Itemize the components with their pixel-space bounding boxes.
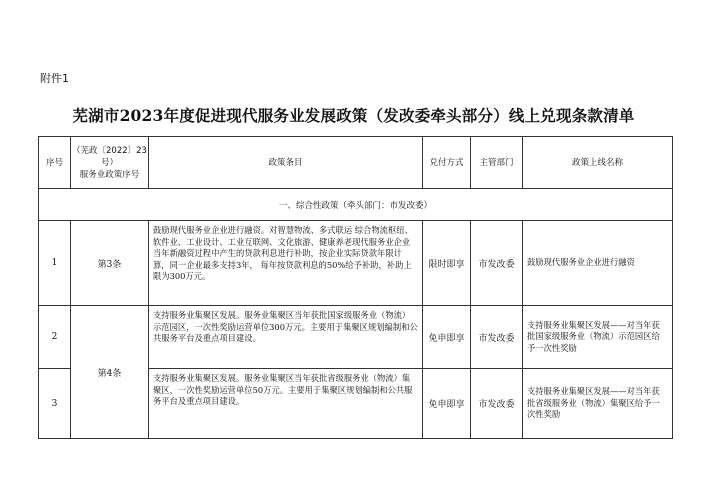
row-online-name: 支持服务业集聚区发展——对当年获批省级服务业（物流）集聚区给予一次性奖励 — [523, 369, 673, 439]
row-item: 支持服务业集聚区发展。服务业集聚区当年获批国家级服务业（物流）示范园区，一次性奖… — [149, 306, 423, 369]
attachment-label: 附件1 — [40, 70, 69, 86]
row-dept: 市发改委 — [471, 369, 523, 439]
table-row: 1 第3条 鼓励现代服务业企业进行融资。对智慧物流、多式联运 综合物流枢纽、软件… — [39, 221, 673, 306]
header-policy-no-line1: （芜政〔2022〕23号） — [71, 145, 148, 169]
row-online-name: 支持服务业集聚区发展——对当年获批国家级服务业（物流）示范园区给予一次性奖励 — [523, 306, 673, 369]
header-dept: 主管部门 — [471, 137, 523, 189]
row-online-name: 鼓励现代服务业企业进行融资 — [523, 221, 673, 306]
header-seq: 序号 — [39, 137, 71, 189]
document-title: 芜湖市2023年度促进现代服务业发展政策（发改委牵头部分）线上兑现条款清单 — [0, 104, 707, 126]
row-policy-no: 第3条 — [71, 221, 149, 306]
row-policy-no: 第4条 — [71, 306, 149, 439]
section-row: 一、综合性政策（牵头部门：市发改委） — [39, 189, 673, 221]
row-item: 鼓励现代服务业企业进行融资。对智慧物流、多式联运 综合物流枢纽、软件业、工业设计… — [149, 221, 423, 306]
row-dept: 市发改委 — [471, 306, 523, 369]
row-payment: 免申即享 — [423, 369, 471, 439]
row-seq: 3 — [39, 369, 71, 439]
policy-table: 序号 （芜政〔2022〕23号） 服务业政策序号 政策条目 兑付方式 主管部门 … — [38, 136, 673, 439]
row-item: 支持服务业集聚区发展。服务业集聚区当年获批省级服务业（物流）集聚区，一次性奖励运… — [149, 369, 423, 439]
header-policy-no-line2: 服务业政策序号 — [71, 169, 148, 181]
header-policy-no: （芜政〔2022〕23号） 服务业政策序号 — [71, 137, 149, 189]
header-online-name: 政策上线名称 — [523, 137, 673, 189]
row-payment: 限时即享 — [423, 221, 471, 306]
header-payment: 兑付方式 — [423, 137, 471, 189]
row-payment: 免申即享 — [423, 306, 471, 369]
row-dept: 市发改委 — [471, 221, 523, 306]
header-item: 政策条目 — [149, 137, 423, 189]
table-row: 2 第4条 支持服务业集聚区发展。服务业集聚区当年获批国家级服务业（物流）示范园… — [39, 306, 673, 369]
table-header-row: 序号 （芜政〔2022〕23号） 服务业政策序号 政策条目 兑付方式 主管部门 … — [39, 137, 673, 189]
row-seq: 2 — [39, 306, 71, 369]
row-seq: 1 — [39, 221, 71, 306]
section-title: 一、综合性政策（牵头部门：市发改委） — [39, 189, 673, 221]
